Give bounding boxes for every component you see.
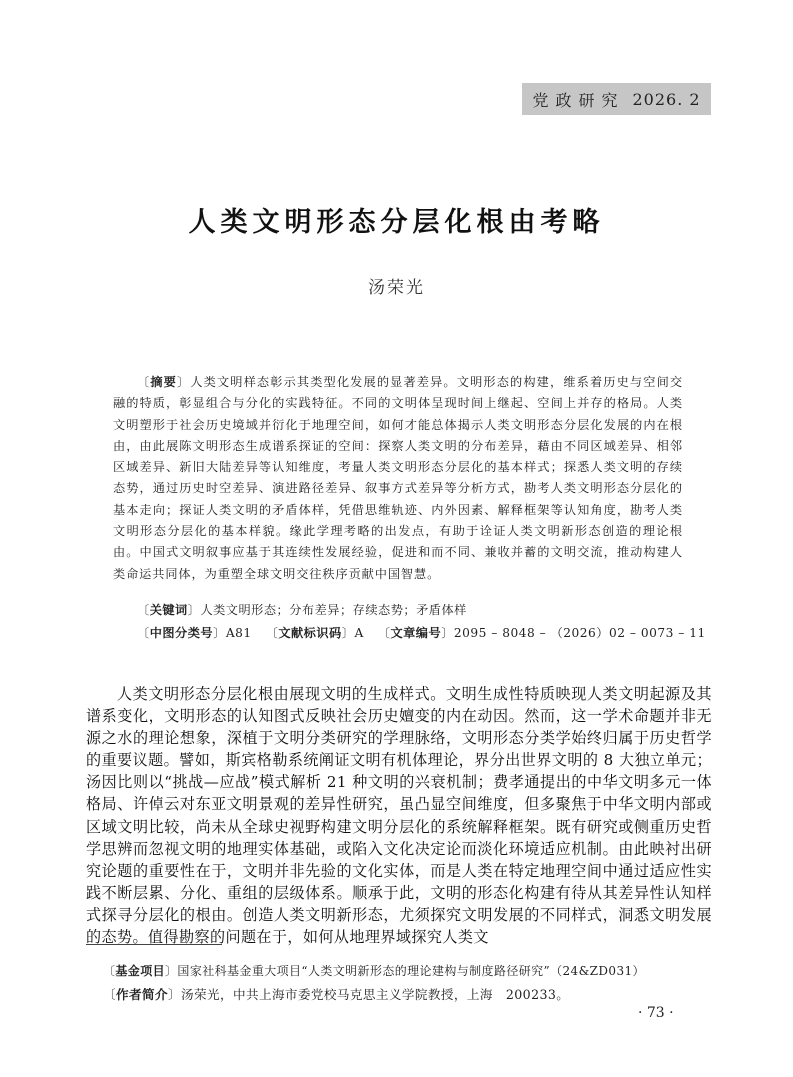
journal-name: 党政研究 xyxy=(532,88,624,111)
abstract-text: 人类文明样态彰示其类型化发展的显著差异。文明形态的构建，维系着历史与空间交融的特… xyxy=(113,375,683,581)
doc-code-label: 文献标识码 xyxy=(278,626,341,640)
page-number: · 73 · xyxy=(638,1005,674,1021)
bracket-close: 〕 xyxy=(177,375,190,389)
article-author: 汤荣光 xyxy=(0,273,793,298)
article-no-label: 文章编号 xyxy=(390,626,441,640)
issue-number: 2026. 2 xyxy=(632,90,700,109)
bracket-close: 〕 xyxy=(165,964,177,978)
fund-text: 国家社科基金重大项目“人类文明新形态的理论建构与制度路径研究”（24&ZD031… xyxy=(177,964,645,978)
bracket-open: 〔 xyxy=(103,987,116,1002)
fund-label: 基金项目 xyxy=(115,964,165,978)
bio-text: 汤荣光，中共上海市委党校马克思主义学院教授，上海 200233。 xyxy=(181,987,569,1002)
bracket-open: 〔 xyxy=(266,626,279,640)
bracket-close: 〕 xyxy=(441,626,454,640)
footnote-author-bio: 〔作者简介〕汤荣光，中共上海市委党校马克思主义学院教授，上海 200233。 xyxy=(103,984,569,1003)
clc-value: A81 xyxy=(226,626,252,640)
classification-line: 〔中图分类号〕A81〔文献标识码〕A〔文章编号〕2095 – 8048 – （2… xyxy=(137,624,706,641)
journal-header-bar: 党政研究 2026. 2 xyxy=(522,83,711,115)
abstract: 〔摘要〕人类文明样态彰示其类型化发展的显著差异。文明形态的构建，维系着历史与空间… xyxy=(113,372,683,585)
bracket-close: 〕 xyxy=(213,626,226,640)
bracket-open: 〔 xyxy=(137,375,150,389)
bracket-open: 〔 xyxy=(137,626,150,640)
clc-label: 中图分类号 xyxy=(150,626,213,640)
bracket-close: 〕 xyxy=(342,626,355,640)
keywords-line: 〔关键词〕人类文明形态；分布差异；存续态势；矛盾体样 xyxy=(137,601,467,618)
bracket-close: 〕 xyxy=(188,603,201,617)
article-title: 人类文明形态分层化根由考略 xyxy=(0,200,793,239)
doc-code-value: A xyxy=(354,626,363,640)
article-no-value: 2095 – 8048 – （2026）02 – 0073 – 11 xyxy=(454,626,706,640)
bracket-open: 〔 xyxy=(137,603,150,617)
abstract-label: 摘要 xyxy=(150,375,177,389)
bracket-open: 〔 xyxy=(378,626,391,640)
bracket-open: 〔 xyxy=(103,964,115,978)
body-paragraph: 人类文明形态分层化根由展现文明的生成样式。文明生成性特质映现人类文明起源及其谱系… xyxy=(86,683,712,948)
bracket-close: 〕 xyxy=(168,987,181,1002)
keywords-label: 关键词 xyxy=(150,603,188,617)
keywords-text: 人类文明形态；分布差异；存续态势；矛盾体样 xyxy=(200,603,466,617)
footnote-fund: 〔基金项目〕国家社科基金重大项目“人类文明新形态的理论建构与制度路径研究”（24… xyxy=(103,962,645,979)
bio-label: 作者简介 xyxy=(116,987,168,1002)
footnote-divider xyxy=(86,944,222,945)
